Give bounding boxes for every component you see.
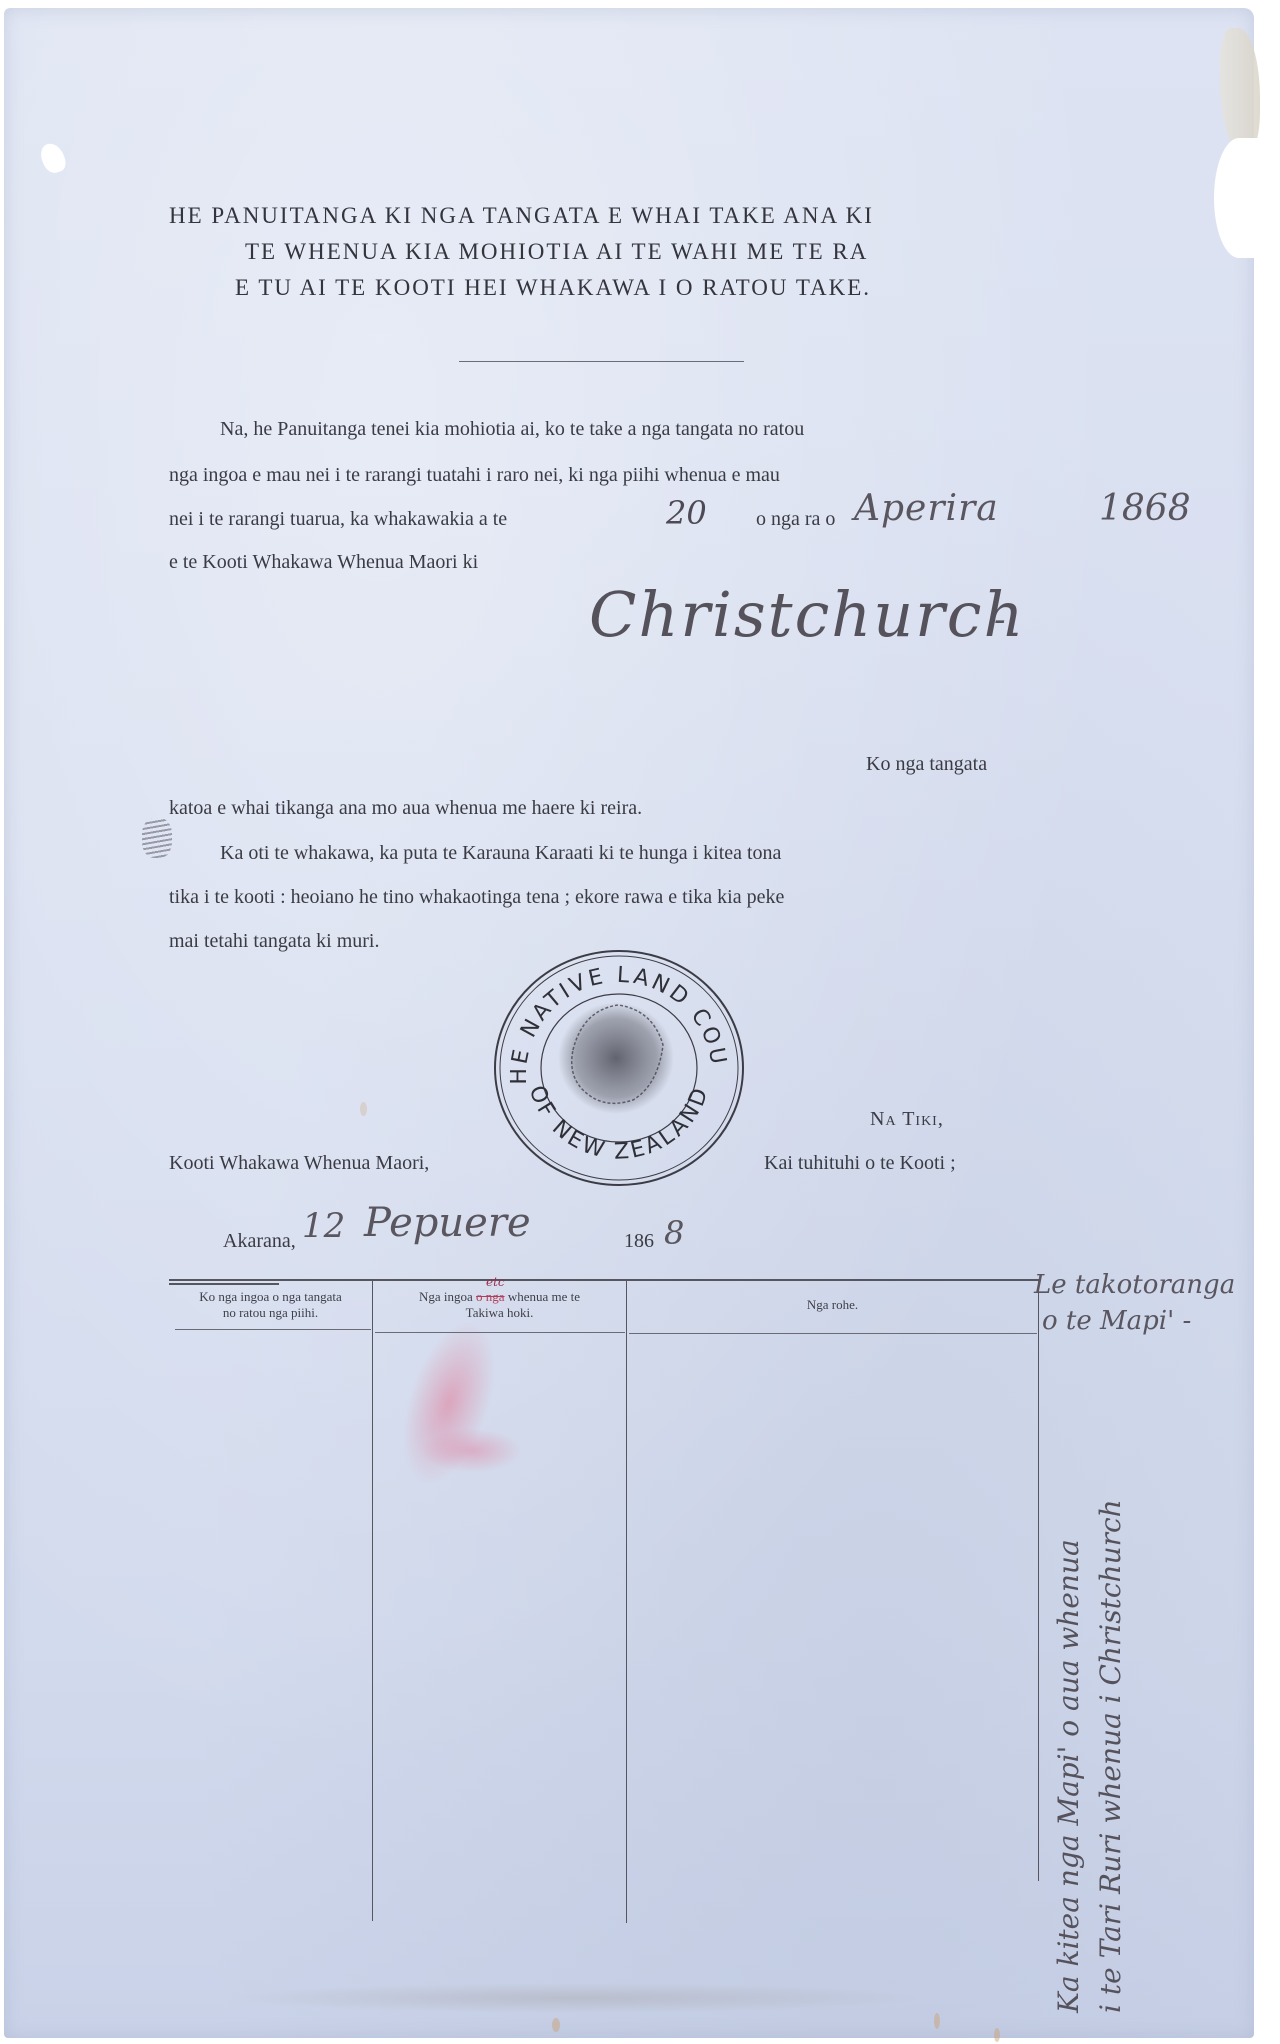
signing-day: 12 <box>302 1206 345 1246</box>
stain <box>552 2018 560 2032</box>
native-land-court-seal: THE NATIVE LAND COURT OF NEW ZEALAND <box>488 940 750 1190</box>
signing-month: Pepuere <box>364 1200 531 1246</box>
para3-line-2: tika i te kooti : heoiano he tino whakao… <box>169 886 784 909</box>
margin-note-line-2: o te Mapi' - <box>1042 1306 1191 1336</box>
table-top-rule-thick <box>169 1283 279 1285</box>
hearing-day: 20 <box>666 494 707 532</box>
land-claims-table: Ko nga ingoa o nga tangata no ratou nga … <box>169 1273 1039 1973</box>
header-rule-3 <box>629 1333 1037 1334</box>
header-rule-2 <box>375 1332 625 1333</box>
para3-line-3: mai tetahi tangata ki muri. <box>169 930 380 953</box>
para2-line: katoa e whai tikanga ana mo aua whenua m… <box>169 797 642 820</box>
vertical-margin-note-2: i te Tari Ruri whenua i Christchurch <box>1094 1499 1127 2013</box>
struck-text: o nga <box>476 1289 505 1304</box>
notice-heading: HE PANUITANGA KI NGA TANGATA E WHAI TAKE… <box>169 198 1039 306</box>
paper-hole <box>38 140 69 176</box>
year-digit: 8 <box>664 1214 684 1252</box>
signer-name: Na Tiki, <box>870 1108 944 1131</box>
stain <box>934 2013 940 2029</box>
hearing-month: Aperira <box>854 488 999 529</box>
fold-shadow <box>224 1983 924 2013</box>
col-divider-1 <box>372 1281 373 1921</box>
para3-line-1: Ka oti te whakawa, ka puta te Karauna Ka… <box>220 842 781 865</box>
table-top-rule <box>169 1279 1039 1281</box>
para1-line-2: nga ingoa e mau nei i te rarangi tuatahi… <box>169 464 780 487</box>
stain <box>360 1102 367 1116</box>
para2-lead: Ko nga tangata <box>866 753 987 776</box>
stain <box>994 2028 1000 2042</box>
printed-year: 186 <box>624 1230 654 1253</box>
court-name: Kooti Whakawa Whenua Maori, <box>169 1152 429 1175</box>
margin-note-line-1: Le takotoranga <box>1034 1270 1235 1300</box>
col-header-names: Ko nga ingoa o nga tangata no ratou nga … <box>169 1289 372 1321</box>
location-dash: - <box>994 600 1006 640</box>
heading-line-2: TE WHENUA KIA MOHIOTIA AI TE WAHI ME TE … <box>169 234 1039 270</box>
para1-line-3b: o nga ra o <box>756 508 835 531</box>
para1-line-3: nei i te rarangi tuarua, ka whakawakia a… <box>169 508 507 531</box>
para1-line-1: Na, he Panuitanga tenei kia mohiotia ai,… <box>220 418 804 441</box>
heading-line-3: E TU AI TE KOOTI HEI WHAKAWA I O RATOU T… <box>169 270 1039 306</box>
table-right-edge <box>1038 1281 1039 1881</box>
col-divider-2 <box>626 1281 627 1923</box>
signing-place: Akarana, <box>223 1230 296 1253</box>
torn-notch <box>1214 138 1264 258</box>
heading-line-1: HE PANUITANGA KI NGA TANGATA E WHAI TAKE… <box>169 198 1039 234</box>
hearing-year: 1868 <box>1099 488 1191 529</box>
ink-smudge <box>142 818 172 858</box>
signer-role: Kai tuhituhi o te Kooti ; <box>764 1152 956 1175</box>
heading-divider <box>459 361 744 362</box>
header-rule-1 <box>175 1329 371 1330</box>
handwritten-insertion: etc <box>486 1275 505 1289</box>
document-sheet: HE PANUITANGA KI NGA TANGATA E WHAI TAKE… <box>4 8 1254 2038</box>
vertical-margin-note-1: Ka kitea nga Mapi' o aua whenua <box>1052 1539 1085 2013</box>
para1-line-4: e te Kooti Whakawa Whenua Maori ki <box>169 551 478 574</box>
hearing-location: Christchurch <box>589 578 1025 651</box>
col-header-land: Nga ingoa o nga whenua me te Takiwa hoki… <box>373 1289 626 1321</box>
col-header-boundaries: Nga rohe. <box>627 1297 1038 1313</box>
